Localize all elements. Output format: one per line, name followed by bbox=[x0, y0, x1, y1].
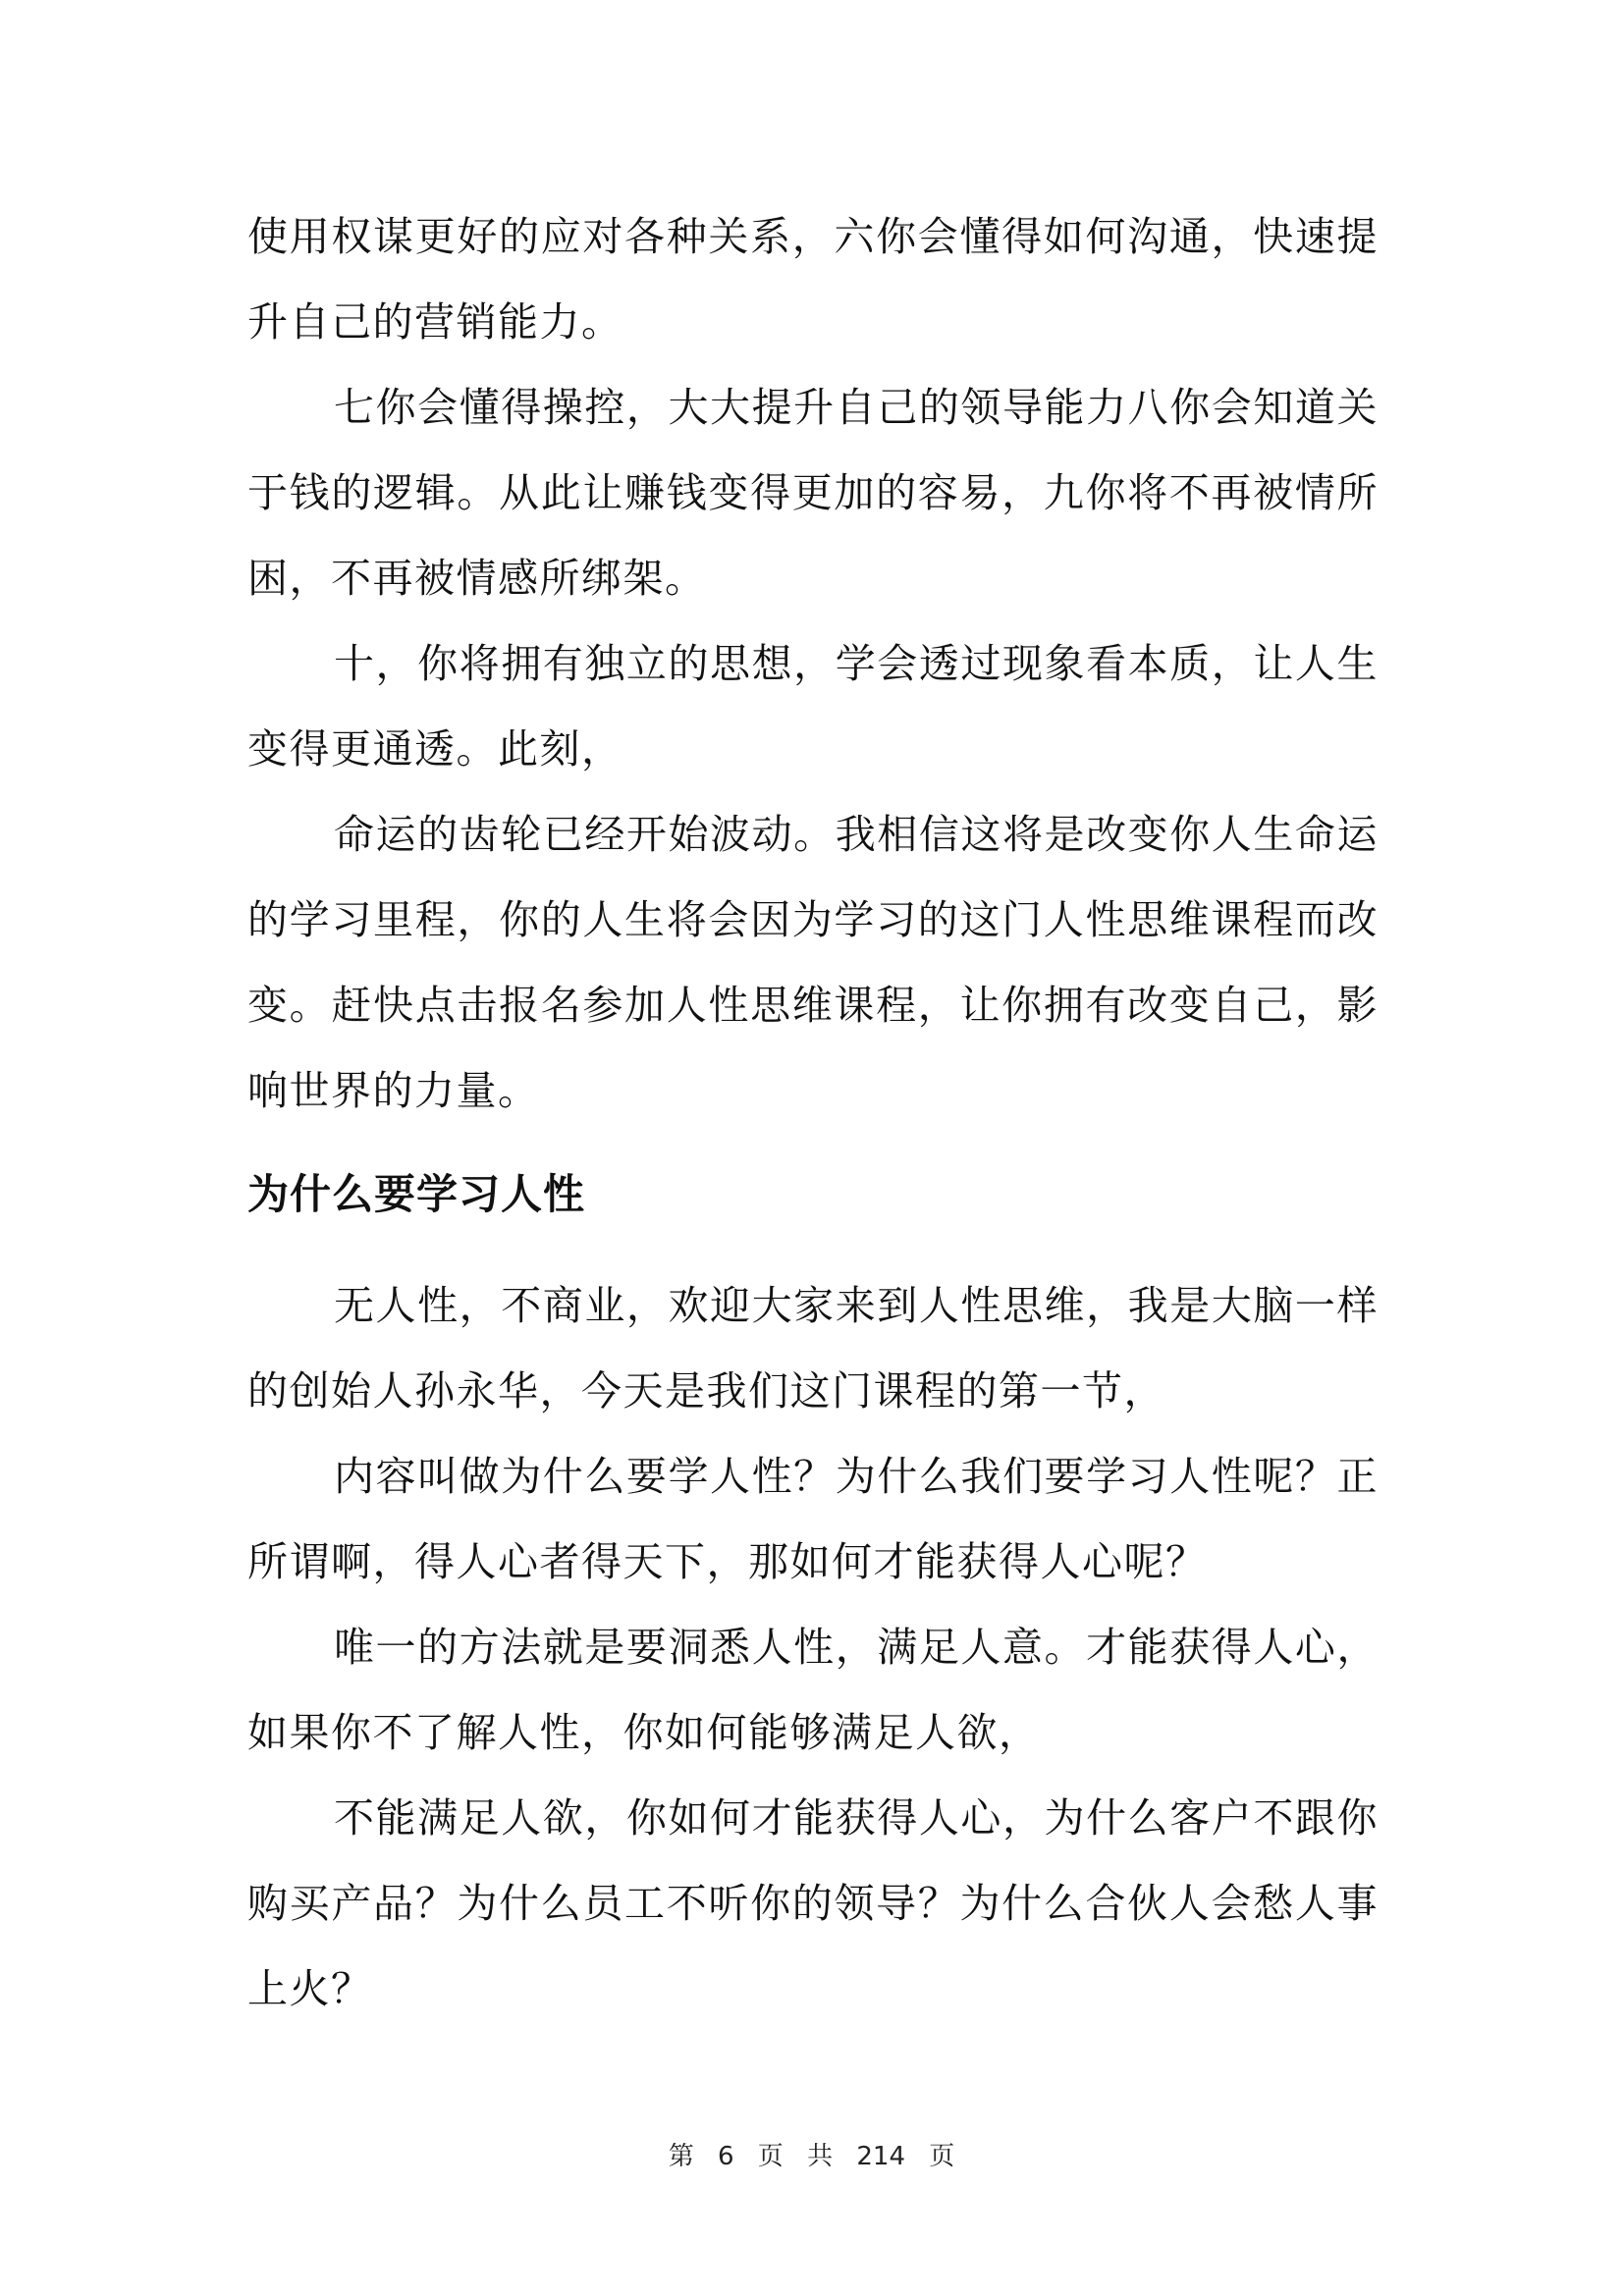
paragraph: 七你会懂得操控，大大提升自己的领导能力八你会知道关于钱的逻辑。从此让赚钱变得更加… bbox=[247, 365, 1379, 621]
paragraph: 内容叫做为什么要学人性？为什么我们要学习人性呢？正所谓啊，得人心者得天下，那如何… bbox=[247, 1434, 1379, 1605]
footer-suffix: 页 bbox=[929, 2142, 954, 2171]
footer-page-word: 页 bbox=[758, 2142, 784, 2171]
paragraph: 使用权谋更好的应对各种关系，六你会懂得如何沟通，快速提升自己的营销能力。 bbox=[247, 194, 1379, 365]
paragraph: 不能满足人欲，你如何才能获得人心，为什么客户不跟你购买产品？为什么员工不听你的领… bbox=[247, 1776, 1379, 2032]
footer-prefix: 第 bbox=[669, 2142, 694, 2171]
current-page-number: 6 bbox=[718, 2142, 734, 2171]
document-page-body: 使用权谋更好的应对各种关系，六你会懂得如何沟通，快速提升自己的营销能力。 七你会… bbox=[247, 194, 1379, 2032]
section-heading: 为什么要学习人性 bbox=[247, 1165, 1379, 1224]
paragraph: 十，你将拥有独立的思想，学会透过现象看本质，让人生变得更通透。此刻， bbox=[247, 621, 1379, 792]
total-pages-number: 214 bbox=[856, 2142, 905, 2171]
paragraph: 无人性，不商业，欢迎大家来到人性思维，我是大脑一样的创始人孙永华，今天是我们这门… bbox=[247, 1263, 1379, 1434]
paragraph: 命运的齿轮已经开始波动。我相信这将是改变你人生命运的学习里程，你的人生将会因为学… bbox=[247, 792, 1379, 1134]
page-number-footer: 第 6 页 共 214 页 bbox=[0, 2136, 1623, 2172]
paragraph: 唯一的方法就是要洞悉人性，满足人意。才能获得人心，如果你不了解人性，你如何能够满… bbox=[247, 1605, 1379, 1776]
footer-total-word: 共 bbox=[807, 2142, 833, 2171]
